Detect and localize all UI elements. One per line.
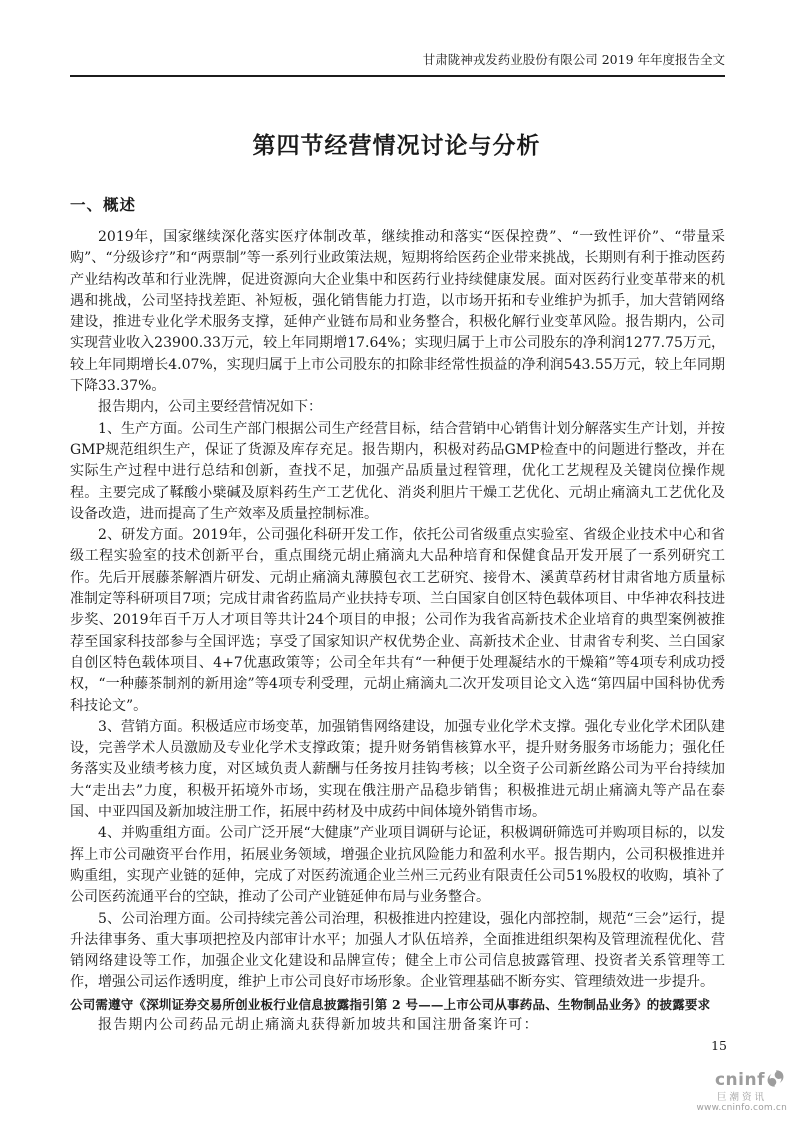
paragraph-governance: 5、公司治理方面。公司持续完善公司治理，积极推进内控建设，强化内部控制，规范“三… (70, 909, 725, 994)
cninfo-swirl-icon (766, 1069, 785, 1092)
chapter-title: 第四节经营情况讨论与分析 (70, 131, 723, 161)
cninfo-logo: cninf 巨潮资讯 www.cninfo.com.cn (691, 1069, 787, 1114)
cninfo-url: www.cninfo.com.cn (691, 1104, 787, 1114)
paragraph-research: 2、研发方面。2019年，公司强化科研开发工作，依托公司省级重点实验室、省级企业… (70, 525, 725, 717)
body-text: 2019年，国家继续深化落实医疗体制改革，继续推动和落实“医保控费”、“一致性评… (70, 227, 725, 1036)
paragraph-overview: 2019年，国家继续深化落实医疗体制改革，继续推动和落实“医保控费”、“一致性评… (70, 227, 725, 397)
document-page: 甘肃陇神戎发药业股份有限公司 2019 年年度报告全文 第四节经营情况讨论与分析… (0, 0, 793, 1122)
paragraph-registration: 报告期内公司药品元胡止痛滴丸获得新加坡共和国注册备案许可： (70, 1015, 725, 1036)
page-number: 15 (711, 1038, 727, 1053)
cninfo-brand-text: cninf (715, 1071, 765, 1090)
disclosure-note: 公司需遵守《深圳证券交易所创业板行业信息披露指引第 2 号——上市公司从事药品、… (70, 994, 725, 1015)
report-header: 甘肃陇神戎发药业股份有限公司 2019 年年度报告全文 (70, 52, 725, 77)
paragraph-production: 1、生产方面。公司生产部门根据公司生产经营目标，结合营销中心销售计划分解落实生产… (70, 419, 725, 525)
paragraph-mergers: 4、并购重组方面。公司广泛开展“大健康”产业项目调研与论证，积极调研筛选可并购项… (70, 823, 725, 908)
paragraph-intro: 报告期内，公司主要经营情况如下： (70, 397, 725, 418)
cninfo-name-cn: 巨潮资讯 (691, 1093, 767, 1103)
section-heading: 一、概述 (70, 195, 725, 215)
paragraph-marketing: 3、营销方面。积极适应市场变革，加强销售网络建设，加强专业化学术支撑。强化专业化… (70, 717, 725, 823)
cninfo-logo-row: cninf (691, 1069, 787, 1092)
